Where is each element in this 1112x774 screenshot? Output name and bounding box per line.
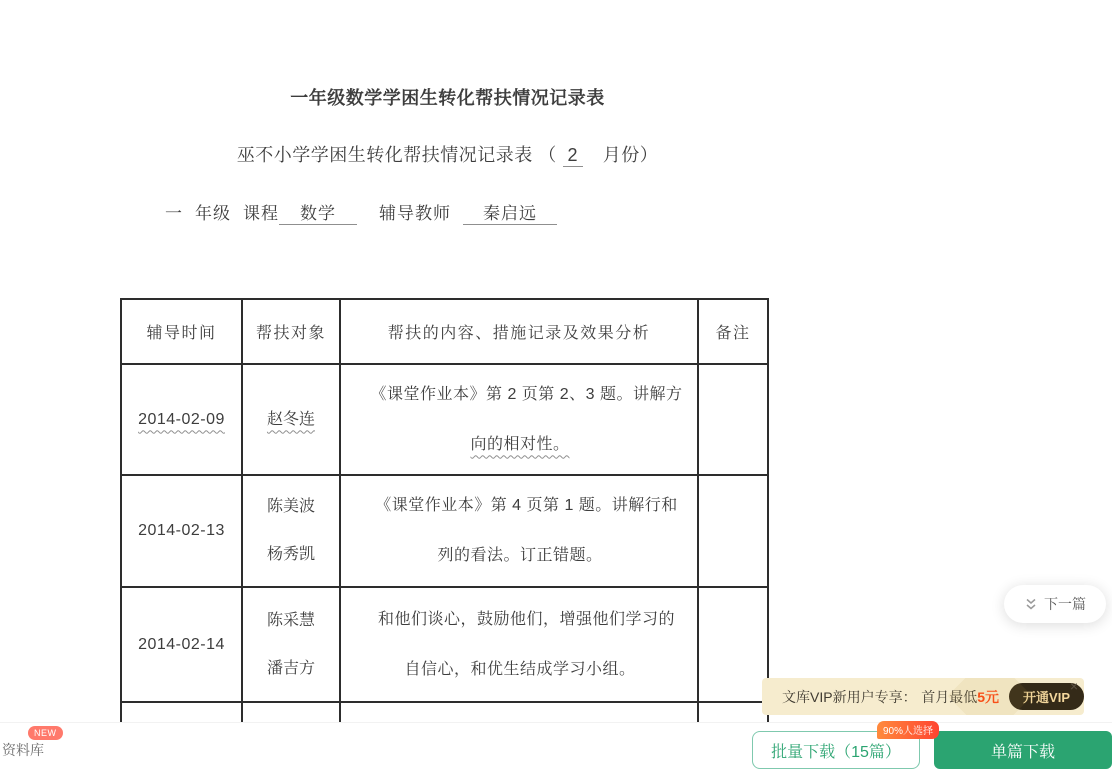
row2-content-line1: 《课堂作业本》第 4 页第 1 题。讲解行和 — [347, 481, 693, 531]
row3-name2: 潘吉方 — [243, 645, 339, 693]
row3-name1: 陈采慧 — [243, 597, 339, 645]
vip-promo-prefix: 文库VIP新用户专享： — [782, 687, 917, 707]
vip-promo-price: 5元 — [977, 687, 999, 707]
row1-date-text: 2014-02-09 — [138, 411, 225, 428]
subtitle-suffix: 月份） — [603, 145, 659, 165]
table-header-row: 辅导时间 帮扶对象 帮扶的内容、措施记录及效果分析 备注 — [121, 299, 768, 364]
bottom-action-bar: 资料库 NEW 批量下载（15篇） 90%人选择 单篇下载 — [0, 722, 1112, 774]
row2-name1: 陈美波 — [243, 483, 339, 531]
row1-name-text: 赵冬连 — [267, 411, 315, 428]
batch-download-label: 批量下载（15篇） — [771, 739, 901, 762]
header-tutor-time: 辅导时间 — [121, 299, 242, 364]
subtitle-prefix: 巫不小学学困生转化帮扶情况记录表 （ — [237, 145, 557, 165]
library-tab[interactable]: 资料库 — [2, 740, 44, 760]
row2-names: 陈美波 杨秀凯 — [242, 475, 340, 587]
header-content-analysis: 帮扶的内容、措施记录及效果分析 — [340, 299, 698, 364]
row2-date: 2014-02-13 — [121, 475, 242, 587]
tutoring-record-table: 辅导时间 帮扶对象 帮扶的内容、措施记录及效果分析 备注 2014-02-09 … — [120, 298, 769, 739]
row1-names: 赵冬连 — [242, 364, 340, 475]
document-title: 一年级数学学困生转化帮扶情况记录表 — [120, 84, 775, 110]
row2-content: 《课堂作业本》第 4 页第 1 题。讲解行和 列的看法。订正错题。 — [340, 475, 698, 587]
table-row: 2014-02-09 赵冬连 《课堂作业本》第 2 页第 2、3 题。讲解方 向… — [121, 364, 768, 475]
row1-content-line2: 向的相对性。 — [470, 436, 569, 453]
grade-label: 年级 — [195, 204, 231, 223]
vip-promo-banner: 文库VIP新用户专享： 首月最低 5元 开通VIP × — [762, 678, 1084, 715]
row3-content-line1: 和他们谈心，鼓励他们，增强他们学习的 — [347, 595, 693, 645]
row2-name2: 杨秀凯 — [243, 531, 339, 579]
row3-date: 2014-02-14 — [121, 587, 242, 702]
row3-content-line2: 自信心，和优生结成学习小组。 — [347, 645, 693, 695]
row2-content-line2: 列的看法。订正错题。 — [347, 531, 693, 581]
teacher-label: 辅导教师 — [379, 204, 451, 223]
batch-popularity-badge: 90%人选择 — [877, 721, 939, 739]
row1-content: 《课堂作业本》第 2 页第 2、3 题。讲解方 向的相对性。 — [340, 364, 698, 475]
table-row: 2014-02-14 陈采慧 潘吉方 和他们谈心，鼓励他们，增强他们学习的 自信… — [121, 587, 768, 702]
next-article-button[interactable]: 下一篇 — [1004, 585, 1106, 623]
row2-note — [698, 475, 768, 587]
header-remarks: 备注 — [698, 299, 768, 364]
row1-date: 2014-02-09 — [121, 364, 242, 475]
row3-note — [698, 587, 768, 702]
document-subtitle: 巫不小学学困生转化帮扶情况记录表 （2月份） — [120, 141, 775, 167]
close-icon[interactable]: × — [1070, 679, 1078, 693]
single-download-button[interactable]: 单篇下载 — [934, 731, 1112, 769]
double-chevron-down-icon — [1024, 597, 1038, 612]
table-row: 2014-02-13 陈美波 杨秀凯 《课堂作业本》第 4 页第 1 题。讲解行… — [121, 475, 768, 587]
row1-note — [698, 364, 768, 475]
row1-content-line1: 《课堂作业本》第 2 页第 2、3 题。讲解方 — [347, 370, 693, 420]
row3-names: 陈采慧 潘吉方 — [242, 587, 340, 702]
subtitle-month-value: 2 — [563, 145, 583, 167]
next-article-label: 下一篇 — [1044, 594, 1086, 614]
row3-content: 和他们谈心，鼓励他们，增强他们学习的 自信心，和优生结成学习小组。 — [340, 587, 698, 702]
teacher-value: 秦启远 — [463, 199, 557, 225]
single-download-label: 单篇下载 — [991, 739, 1055, 762]
new-badge: NEW — [28, 726, 63, 740]
course-value: 数学 — [279, 199, 357, 225]
grade-value: 一 — [165, 204, 183, 223]
course-label: 课程 — [243, 204, 279, 223]
header-help-target: 帮扶对象 — [242, 299, 340, 364]
vip-promo-deal: 首月最低 — [921, 687, 977, 707]
document-meta-line: 一年级课程数学辅导教师秦启远 — [165, 199, 557, 225]
